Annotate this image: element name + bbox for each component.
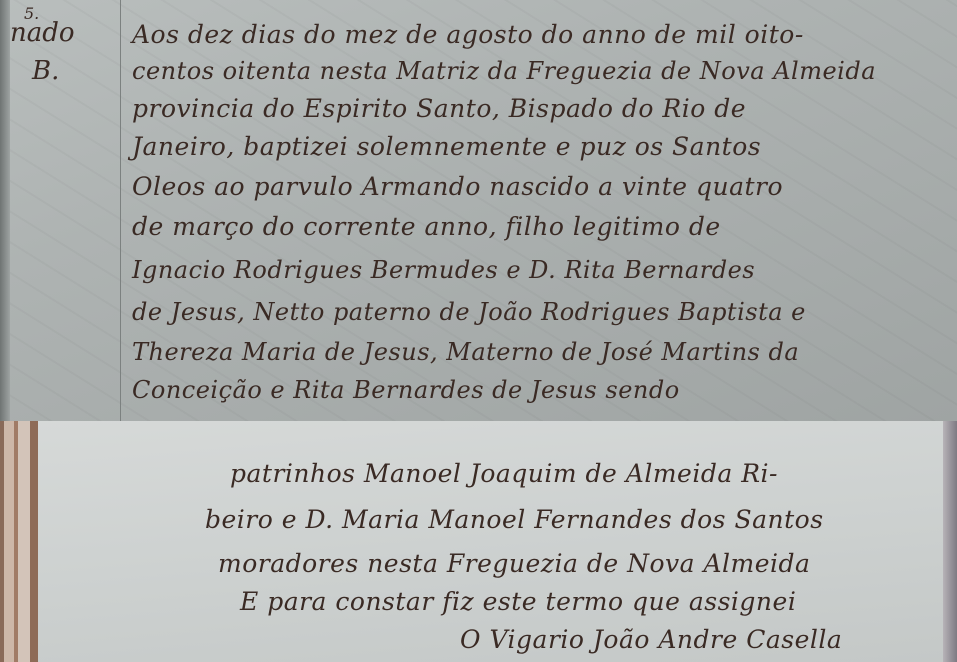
margin-entry-initial: B.: [32, 56, 59, 86]
margin-entry-word: nado: [10, 18, 75, 48]
record-line-5: Oleos ao parvulo Armando nascido a vinte…: [132, 172, 783, 201]
record-line-4: Janeiro, baptizei solemnemente e puz os …: [132, 132, 761, 161]
manuscript-bottom-panel: patrinhos Manoel Joaquim de Almeida Ri- …: [0, 421, 957, 662]
record-line-13: moradores nesta Freguezia de Nova Almeid…: [218, 549, 810, 578]
record-line-8: de Jesus, Netto paterno de João Rodrigue…: [132, 298, 806, 326]
signature-line: O Vigario João Andre Casella: [460, 625, 842, 654]
manuscript-top-panel: 5. nado B. Aos dez dias do mez de agosto…: [0, 0, 957, 421]
record-line-9: Thereza Maria de Jesus, Materno de José …: [132, 338, 799, 366]
record-line-11: patrinhos Manoel Joaquim de Almeida Ri-: [230, 459, 778, 488]
page-edge-right: [943, 421, 957, 662]
record-line-1: Aos dez dias do mez de agosto do anno de…: [132, 20, 804, 49]
record-line-3: provincia do Espirito Santo, Bispado do …: [132, 94, 746, 123]
record-line-14: E para constar fiz este termo que assign…: [240, 587, 796, 616]
page-edge: [0, 0, 10, 421]
record-line-6: de março do corrente anno, filho legitim…: [132, 212, 721, 241]
record-line-7: Ignacio Rodrigues Bermudes e D. Rita Ber…: [132, 256, 755, 284]
record-line-12: beiro e D. Maria Manoel Fernandes dos Sa…: [205, 505, 824, 534]
margin-rule: [120, 0, 121, 421]
record-line-10: Conceição e Rita Bernardes de Jesus send…: [132, 376, 680, 404]
book-binding: [0, 421, 38, 662]
record-line-2: centos oitenta nesta Matriz da Freguezia…: [132, 57, 876, 85]
